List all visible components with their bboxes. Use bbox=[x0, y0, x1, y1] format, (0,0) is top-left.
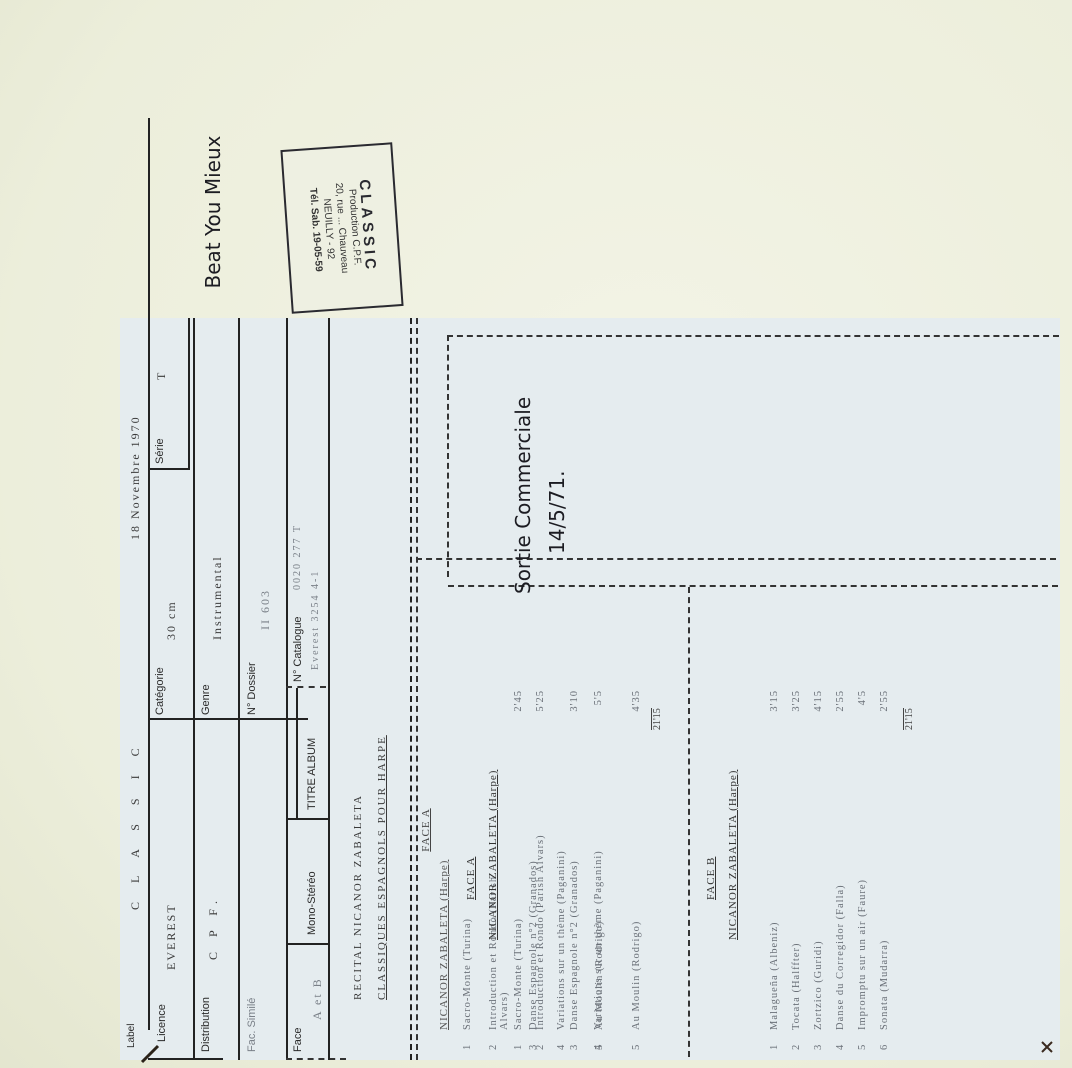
handwritten-release-note: Sortie Commerciale 14/5/71. bbox=[506, 334, 574, 594]
distribution-value: C P F. bbox=[206, 895, 221, 960]
label-field: Label bbox=[126, 1024, 137, 1048]
face-b-track-3: 3Zortzico (Guridi)4'15 bbox=[813, 610, 827, 1050]
face-a-heading: FACE A bbox=[420, 610, 432, 1050]
catalogue-value-2: Everest 3254 4-1 bbox=[310, 570, 321, 670]
facsimile-field: Fac. Similé bbox=[246, 998, 258, 1052]
titre-album-label: TITRE ALBUM bbox=[306, 738, 318, 810]
licence-value: EVEREST bbox=[164, 903, 179, 970]
licence-field: Licence bbox=[156, 1004, 168, 1042]
face-divider bbox=[688, 587, 690, 1057]
face-a-track-2: 2Introduction et Rondo (Parish Alvars)5'… bbox=[535, 610, 549, 1050]
face-a-track-3: 3Danse Espagnole n°2 (Granados)3'10 bbox=[569, 610, 583, 1050]
serie-value: T bbox=[154, 371, 169, 380]
face-b-track-2: 2Tocata (Halffter)3'25 bbox=[791, 610, 805, 1050]
catalogue-value: 0020 277 T bbox=[292, 524, 303, 590]
face-a-track-4: 4Variations sur un thème (Paganini)5'5 bbox=[593, 610, 607, 1050]
face-a-track-5: 5Au Moulin (Rodrigo)4'35 bbox=[631, 610, 645, 1050]
face-b-track-6: 6Sonata (Mudarra)2'55 bbox=[879, 610, 893, 1050]
face-b-artist: NICANOR ZABALETA (Harpe) bbox=[727, 770, 739, 940]
label-value: C L A S S I C bbox=[128, 740, 143, 910]
face-a-total: 21'15 bbox=[651, 708, 663, 730]
dossier-field: N° Dossier bbox=[246, 662, 258, 715]
album-title-line2: CLASSIQUES ESPAGNOLS POUR HARPE bbox=[376, 735, 388, 1000]
face-value: A et B bbox=[310, 977, 325, 1020]
serie-field: Série bbox=[154, 438, 166, 464]
genre-value: Instrumental bbox=[210, 555, 225, 640]
face-b-track-4: 4Danse du Corregidor (Falla)2'55 bbox=[835, 610, 849, 1050]
pin-icon bbox=[1040, 1040, 1054, 1054]
face-a-track-1: 1Sacro-Monte (Turina)2'45 bbox=[513, 610, 527, 1050]
distribution-field: Distribution bbox=[200, 997, 212, 1052]
album-title-line1: RECITAL NICANOR ZABALETA bbox=[352, 794, 364, 1000]
face-b-heading: FACE B bbox=[705, 857, 717, 900]
face-b-total: 21'15 bbox=[903, 708, 915, 730]
pin-icon bbox=[140, 1040, 164, 1064]
release-note-line2: 14/5/71. bbox=[540, 334, 574, 594]
dossier-value: II 603 bbox=[258, 589, 273, 630]
categorie-value: 30 cm bbox=[164, 600, 179, 640]
distributor-stamp: CLASSIC Production C.P.F. 20, rue ... Ch… bbox=[280, 142, 403, 313]
face-b-column: FACE B NICANOR ZABALETA (Harpe) 1Malague… bbox=[705, 600, 925, 1050]
catalogue-field: N° Catalogue bbox=[292, 616, 304, 682]
face-b-track-1: 1Malagueña (Albeniz)3'15 bbox=[769, 610, 783, 1050]
face-a-artist-rot: NICANOR ZABALETA (Harpe) bbox=[487, 770, 499, 940]
face-a-heading-rot: FACE A bbox=[465, 857, 477, 900]
genre-field: Genre bbox=[200, 684, 212, 715]
face-a-column: FACE A NICANOR ZABALETA (Harpe) 1Sacro-M… bbox=[465, 600, 685, 1050]
categorie-field: Catégorie bbox=[154, 667, 166, 715]
form-date: 18 Novembre 1970 bbox=[128, 415, 143, 540]
release-note-line1: Sortie Commerciale bbox=[506, 334, 540, 594]
mono-stereo-field: Mono-Stéréo bbox=[306, 871, 318, 935]
face-field: Face bbox=[292, 1028, 304, 1052]
face-b-track-5: 5Impromptu sur un air (Faure)4'5 bbox=[857, 610, 871, 1050]
handwritten-note-top: Beat You Mieux bbox=[201, 97, 225, 327]
